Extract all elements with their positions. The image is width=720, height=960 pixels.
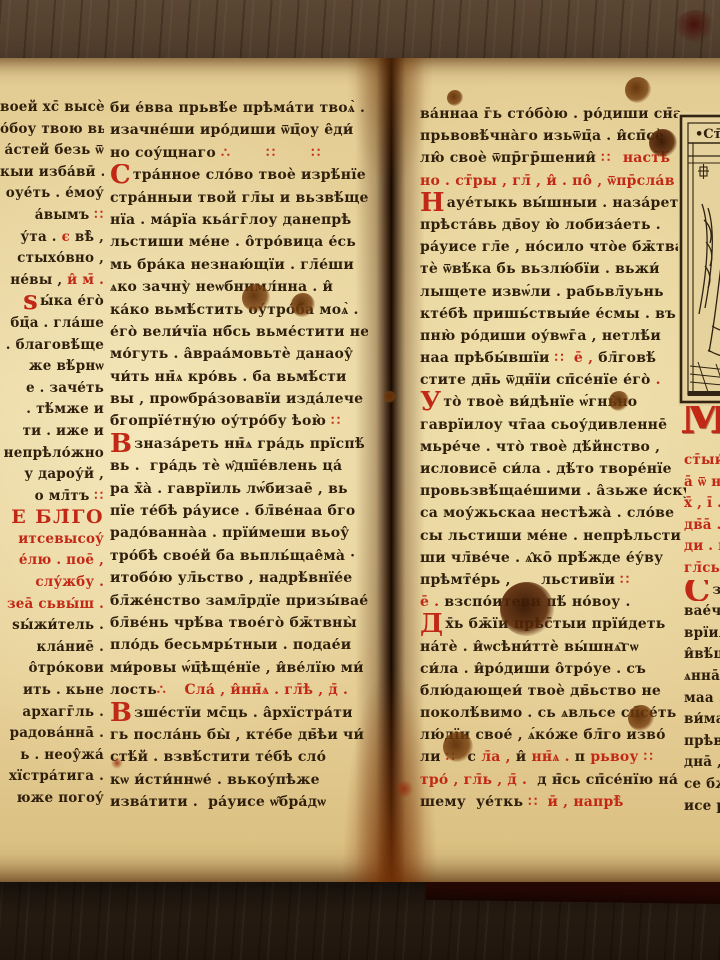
photo-of-open-book: { "meta": { "description": "Photograph o…	[0, 0, 720, 960]
text-line: оуе́ть . е́моу́	[0, 183, 104, 205]
text-line: вае́ч	[684, 601, 720, 623]
text-line: Взше́стїи мс̄ць . а̂рхїстра́ти	[110, 702, 368, 724]
text-line: врїиль пр	[684, 623, 720, 645]
text-line: х̄ , і̄ . с	[684, 493, 720, 515]
text-line: итобо́ю ул̄ьство , надрѣ́внїе́е	[110, 567, 368, 589]
ink-stain	[291, 293, 315, 317]
text-line: чи́ть нн̄ѧ кро́вь . б̄а вьмѣ́сти	[110, 366, 368, 388]
text-line: о̂тро́кови	[0, 658, 104, 680]
text-line: мь бра́ка незнаю́щїи . гл̄е́ши	[110, 254, 368, 276]
text-line: хїстра́тига .	[0, 766, 104, 788]
text-line: ди . не	[684, 536, 720, 558]
text-line: тѐ ѿвѣ́ка б̄ь вьзлю́бїи . вьжи́	[420, 258, 686, 280]
text-line: нїа . ма́рїа кьа́гг̄лоу данепрѣ	[110, 209, 368, 231]
text-line: са моу́жьскаа нестѣжа̀ . сло́ве	[420, 502, 686, 524]
left-page-main-column: би е́вва прьвѣ́е прѣма́ти твоѧ̀ .изачне́…	[110, 97, 368, 814]
ink-stain	[443, 732, 473, 762]
text-line: но соу́щнаго ∴ ∷ ∷	[110, 142, 368, 164]
text-line: же вѣ́рнѡ	[0, 356, 104, 378]
text-line: ѧко зачну̀ неѡбнимл́нна . и̂	[110, 276, 368, 298]
text-line: архагг̄ль .	[0, 702, 104, 724]
ink-stain	[242, 284, 270, 312]
text-line: пїе те́бѣ ра́уисе . бл̄ве́наа б̄го	[110, 500, 368, 522]
text-line: радо́ванна̀а . прїи́меши вьоу̂	[110, 522, 368, 544]
text-line: тро́ , гл̄ь , д̄ . д н̄сь сп̄се́нїю на́	[420, 769, 686, 791]
text-line: а́стей безь ѿ	[0, 140, 104, 162]
text-line: Е БЛ̄ГО	[0, 507, 104, 529]
text-line: исе разр̄ѣ	[684, 796, 720, 818]
text-line: мо́гуть . а̂враа́мовьтѐ данаоу̂	[110, 343, 368, 365]
woodcut-caption: •Ст̄ы	[695, 127, 720, 142]
text-line: лыщете извѡ́ли . рабьвл̄уьнь	[420, 281, 686, 303]
text-line: ра х̄а̀ . гаврїиль лѡ́бизае̄ , вь	[110, 478, 368, 500]
text-line: на́тѐ . и̂ѡсѣни́ттѐ вы́шнѧ̄гѡ	[420, 636, 686, 658]
text-line: гь посла́нь бы̀ , кте́бе дв̄ѣи чи́	[110, 724, 368, 746]
text-line: стра́нныи твой гл̄ы и вьзвѣ́ще	[110, 187, 368, 209]
text-line: ѧнна̄ . р	[684, 666, 720, 688]
text-line: изачне́ши иро́диши ѿц̄оу е̂ди́	[110, 119, 368, 141]
text-line: лю̂ своѐ ѿпр̄гр̄шении̂ ∷ наст̄ѣ́	[420, 147, 686, 169]
text-line: Сзвѣ̄	[684, 580, 720, 602]
text-line: шему уе́ткь ∷ ӣ , напрѣ̀	[420, 791, 686, 813]
text-line: и̂вѣ́щае́	[684, 644, 720, 666]
text-line: не́вы , и̂ м̄ .	[0, 270, 104, 292]
text-line: се бж̄твен	[684, 774, 720, 796]
text-line: кѡ и́сти́ннѡе́ . вькоу́пѣже	[110, 769, 368, 791]
right-page-margin-column: ст̄ыи́ ба̄ ѿ небх̄ , і̄ . сдв̄а̄ . нади …	[684, 450, 720, 817]
text-line: пню̀ ро́диши оу́вѡг̄а , нетлѣ́и	[420, 325, 686, 347]
left-page-margin-column: воей хс̄ высѐ нео́боу твою вьа́стей безь…	[0, 97, 104, 810]
text-line: воей хс̄ высѐ не	[0, 97, 104, 119]
text-line: . благовѣ́ще	[0, 335, 104, 357]
open-book: воей хс̄ высѐ нео́боу твою вьа́стей безь…	[0, 58, 720, 882]
ink-stain	[111, 757, 123, 769]
text-line: слу́жбу .	[0, 572, 104, 594]
wax-stain-large	[500, 582, 554, 636]
text-line: си́ла . и̂ро́диши о̂тро́уе . съ	[420, 658, 686, 680]
ink-stain	[395, 780, 413, 798]
text-line: прьвовѣ́чна̀го изьѿц̄а . и̂сп̄сѐ	[420, 125, 686, 147]
text-line: дв̄а̄ . на	[684, 515, 720, 537]
text-line: наа прѣбы́вшїи ∷ е̄ , бл̄говѣ́	[420, 347, 686, 369]
wood-stain	[676, 10, 716, 42]
text-line: бц̄а . гла́ше	[0, 313, 104, 335]
text-line: ва́ннаа г̄ь сто́бо̀ю . ро́диши сн̄а	[420, 103, 686, 125]
text-line: ви́маа .	[684, 709, 720, 731]
text-line: ши чл̄ве́че . ѧ̂ко̄ прѣ́жде е́у́ву	[420, 547, 686, 569]
text-line: стыхо́вно ,	[0, 248, 104, 270]
text-line: блю́дающеи́ твоѐ дв̄ьство не	[420, 680, 686, 702]
text-line: тро́бѣ свое́й б̄а вьпль́щае̂ма̀ ·	[110, 545, 368, 567]
text-line: ка́ко вьмѣ́стить оу́тро́ба моѧ̀ .	[110, 299, 368, 321]
text-line: Дх̄ь бж̄їи прѣс̄тыи прїи́деть	[420, 613, 686, 635]
text-line: е . заче́ть	[0, 378, 104, 400]
text-line: непрѣло́жно	[0, 443, 104, 465]
text-line: Взназа́реть нн̄ѧ гра́дь прїспѣ́	[110, 433, 368, 455]
text-line: би е́вва прьвѣ́е прѣма́ти твоѧ̀ .	[110, 97, 368, 119]
text-line: зеа̄ сьвы́ш .	[0, 594, 104, 616]
ink-stain	[384, 391, 396, 403]
text-line: провьзвѣ́щае́шими . а̂зьже и́ску	[420, 480, 686, 502]
text-line: ти . иже и	[0, 421, 104, 443]
text-line: ить . кьне	[0, 680, 104, 702]
text-line: сы льстиши ме́не . непрѣльсти	[420, 525, 686, 547]
text-line: гаврїилоу чт̄аа сьоу́дивленне̄	[420, 414, 686, 436]
text-line: а̄ ѿ неб	[684, 472, 720, 494]
text-line: итсевысоу́	[0, 529, 104, 551]
text-line: вь . гра́дь тѐ ѡ̂дш̄е́влень ца́	[110, 455, 368, 477]
ink-stain	[609, 391, 629, 411]
text-line: пло́дь бесьмрь́тныи . подае́и	[110, 634, 368, 656]
text-line: но . ст̄ры , гл̄ , и̂ . по̂ , ѿпр̄сла́в …	[420, 170, 686, 192]
text-line: у́та . є вѣ̀ ,	[0, 227, 104, 249]
text-line: ми́ровы ѡ́ц̄ѣще́нїе , и̂ве́лїю ми́	[110, 657, 368, 679]
text-line: стите дн̄ь ѿдн̄їи сп̄се́нїе е́го̀ .	[420, 369, 686, 391]
text-line: ѕы́жи́тель .	[0, 615, 104, 637]
ink-stain	[628, 705, 654, 731]
text-line: . тѣ́мже и	[0, 399, 104, 421]
ink-stain	[625, 77, 651, 103]
ink-stain	[447, 90, 463, 106]
text-line: кте́бѣ пришь́ствыи́е е́смы . въ	[420, 303, 686, 325]
text-line: стѣ́й . взвѣ́стити те́бѣ сло́	[110, 746, 368, 768]
text-line: о́боу твою вь	[0, 119, 104, 141]
text-line: исловисе̄ си́ла . дѣ́то творе́нїе	[420, 458, 686, 480]
text-line: ра́уисе гл̄е , но́сило что̀е бж̄тва ·	[420, 236, 686, 258]
text-line: ѕы́ка е́го̀	[0, 291, 104, 313]
text-line: льстиши ме́не . о̂тро́вица е́сь	[110, 231, 368, 253]
text-line: е́лю . пое̄ ,	[0, 550, 104, 572]
text-line: у дароу́й ,	[0, 464, 104, 486]
text-line: о мл̄тъ ∷	[0, 486, 104, 508]
text-line: прѣста́вь дв̄оу ю̀ лобиза́еть .	[420, 214, 686, 236]
text-line: бл̄ве́нь чрѣ́ва твое́го̀ бж̄твны̀	[110, 612, 368, 634]
text-line: б̄гопрїе́тну́ю оу́тро́бу ѣою̀ ∷	[110, 410, 368, 432]
text-line: Уто̀ твоѐ ви́дѣнїе ѡ́гнь̀но	[420, 391, 686, 413]
text-line: радова́нна̄ .	[0, 723, 104, 745]
text-line: ь . неоу̂жа́	[0, 745, 104, 767]
text-line: маа . ра́	[684, 688, 720, 710]
text-line: ст̄ыи́ б	[684, 450, 720, 472]
text-line: изва́тити . ра́уисе ѡ̂бра́дѡ	[110, 791, 368, 813]
ink-stain	[649, 129, 677, 157]
text-line: а́вымъ ∷	[0, 205, 104, 227]
text-line: дна̄ , юж	[684, 752, 720, 774]
text-line: кла́ние̄ .	[0, 637, 104, 659]
text-line: гл̄сь , ѕ̄	[684, 558, 720, 580]
text-line: е́го̀ вели́чїа нб̄сь вьме́стити не	[110, 321, 368, 343]
text-line: кыи изба́вӣ .	[0, 162, 104, 184]
text-line: прѣво́де	[684, 731, 720, 753]
text-line: Стра́нное сло́во твоѐ изрѣ́нїе .	[110, 164, 368, 186]
annunciation-angel-woodcut: •Ст̄ы	[678, 112, 720, 406]
text-line: бл̄же́нство замл̄рдїе призы́вае́ ·	[110, 590, 368, 612]
text-line: вы , проѡбра́зовавїи изда́лече ,	[110, 388, 368, 410]
text-line: прѣмт̄е́рь , льстивїи ∷	[420, 569, 686, 591]
text-line: юже погоу́	[0, 788, 104, 810]
text-line: мьре́че . что̀ твоѐ дѣ́йнство ,	[420, 436, 686, 458]
text-line: лость∴ Сла́ , и̂нн̄ѧ . гл̄ѣ , д̄ .	[110, 679, 368, 701]
text-line: Науе́тыкь вы́шныи . наза́рету	[420, 192, 686, 214]
